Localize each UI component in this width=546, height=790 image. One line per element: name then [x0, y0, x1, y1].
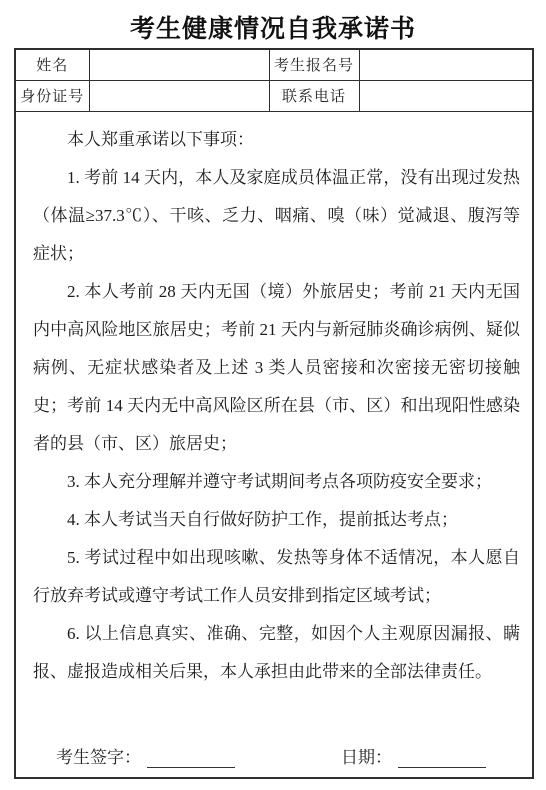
- date-group: 日期：: [341, 743, 486, 768]
- commitment-item-1: 1. 考前 14 天内，本人及家庭成员体温正常，没有出现过发热（体温≥37.3℃…: [33, 159, 520, 273]
- id-number-label: 身份证号: [15, 80, 89, 111]
- exam-id-label: 考生报名号: [269, 49, 359, 80]
- health-commitment-form-table: 姓名 考生报名号 身份证号 联系电话 本人郑重承诺以下事项： 1. 考前 14 …: [14, 48, 534, 779]
- phone-field[interactable]: [359, 80, 533, 111]
- table-row: 身份证号 联系电话: [15, 80, 533, 111]
- commitment-item-2: 2. 本人考前 28 天内无国（境）外旅居史；考前 21 天内无国内中高风险地区…: [33, 273, 520, 463]
- signature-row: 考生签字： 日期：: [33, 743, 520, 768]
- table-row: 姓名 考生报名号: [15, 49, 533, 80]
- signature-label: 考生签字：: [56, 743, 141, 768]
- phone-label: 联系电话: [269, 80, 359, 111]
- name-label: 姓名: [15, 49, 89, 80]
- name-field[interactable]: [89, 49, 269, 80]
- signature-line[interactable]: [147, 752, 235, 768]
- commitment-item-6: 6. 以上信息真实、准确、完整，如因个人主观原因漏报、瞒报、虚报造成相关后果，本…: [33, 615, 520, 691]
- commitment-body-cell: 本人郑重承诺以下事项： 1. 考前 14 天内，本人及家庭成员体温正常，没有出现…: [15, 111, 533, 778]
- commitment-intro: 本人郑重承诺以下事项：: [33, 121, 520, 159]
- document-page: 考生健康情况自我承诺书 姓名 考生报名号 身份证号 联系电话 本人郑重承诺以下事…: [0, 0, 546, 790]
- id-number-field[interactable]: [89, 80, 269, 111]
- commitment-item-5: 5. 考试过程中如出现咳嗽、发热等身体不适情况，本人愿自行放弃考试或遵守考试工作…: [33, 539, 520, 615]
- table-row: 本人郑重承诺以下事项： 1. 考前 14 天内，本人及家庭成员体温正常，没有出现…: [15, 111, 533, 778]
- commitment-text: 本人郑重承诺以下事项： 1. 考前 14 天内，本人及家庭成员体温正常，没有出现…: [33, 121, 520, 691]
- date-line[interactable]: [398, 752, 486, 768]
- page-title: 考生健康情况自我承诺书: [0, 0, 546, 45]
- date-label: 日期：: [341, 743, 392, 768]
- commitment-item-4: 4. 本人考试当天自行做好防护工作，提前抵达考点；: [33, 501, 520, 539]
- exam-id-field[interactable]: [359, 49, 533, 80]
- commitment-item-3: 3. 本人充分理解并遵守考试期间考点各项防疫安全要求；: [33, 463, 520, 501]
